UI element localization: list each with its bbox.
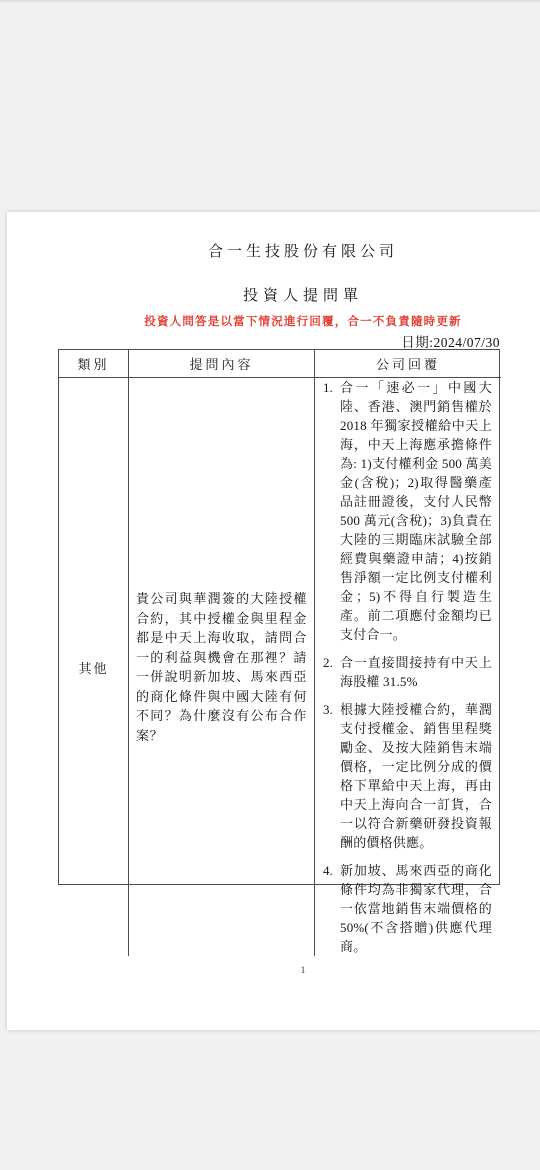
notice-text: 投資人問答是以當下情況進行回覆，合一不負責隨時更新	[7, 313, 540, 329]
viewer-canvas: { "document": { "company_name": "合一生技股份有…	[0, 0, 540, 1170]
reply-item-text: 合一直接間接持有中天上海股權 31.5%	[340, 655, 492, 689]
qa-table: 類別 提問內容 公司回覆 其他 貴公司與華潤簽的大陸授權合約，其中授權金與里程金…	[58, 349, 500, 885]
reply-cell: 合一「速必一」中國大陸、香港、澳門銷售權於 2018 年獨家授權給中天上海，中天…	[315, 378, 501, 956]
document-sheet: 合一生技股份有限公司 投資人提問單 投資人問答是以當下情況進行回覆，合一不負責隨…	[7, 212, 540, 1030]
company-name: 合一生技股份有限公司	[7, 240, 540, 261]
date-label: 日期:2024/07/30	[401, 331, 500, 351]
reply-item: 根據大陸授權合約，華潤支付授權金、銷售里程獎勵金、及按大陸銷售末端價格，一定比例…	[323, 700, 492, 852]
reply-list: 合一「速必一」中國大陸、香港、澳門銷售權於 2018 年獨家授權給中天上海，中天…	[315, 378, 501, 956]
form-title: 投資人提問單	[7, 284, 540, 305]
category-cell: 其他	[59, 378, 129, 956]
reply-item-text: 合一「速必一」中國大陸、香港、澳門銷售權於 2018 年獨家授權給中天上海，中天…	[340, 380, 492, 642]
column-header-question: 提問內容	[129, 350, 315, 378]
reply-item-text: 新加坡、馬來西亞的商化條件均為非獨家代理，合一依當地銷售末端價格的 50%(不含…	[340, 863, 492, 954]
reply-item: 合一「速必一」中國大陸、香港、澳門銷售權於 2018 年獨家授權給中天上海，中天…	[323, 378, 492, 644]
reply-item: 合一直接間接持有中天上海股權 31.5%	[323, 653, 492, 691]
reply-item: 新加坡、馬來西亞的商化條件均為非獨家代理，合一依當地銷售末端價格的 50%(不含…	[323, 861, 492, 956]
column-header-category: 類別	[59, 350, 129, 378]
viewport-top-edge	[0, 0, 540, 2]
question-text: 貴公司與華潤簽的大陸授權合約，其中授權金與里程金都是中天上海收取，請問合一的利益…	[129, 589, 314, 745]
document-page: 合一生技股份有限公司 投資人提問單 投資人問答是以當下情況進行回覆，合一不負責隨…	[7, 212, 540, 1030]
reply-item-text: 根據大陸授權合約，華潤支付授權金、銷售里程獎勵金、及按大陸銷售末端價格，一定比例…	[340, 702, 492, 850]
page-number: 1	[7, 966, 540, 976]
question-cell: 貴公司與華潤簽的大陸授權合約，其中授權金與里程金都是中天上海收取，請問合一的利益…	[129, 378, 315, 956]
column-header-reply: 公司回覆	[315, 350, 501, 378]
